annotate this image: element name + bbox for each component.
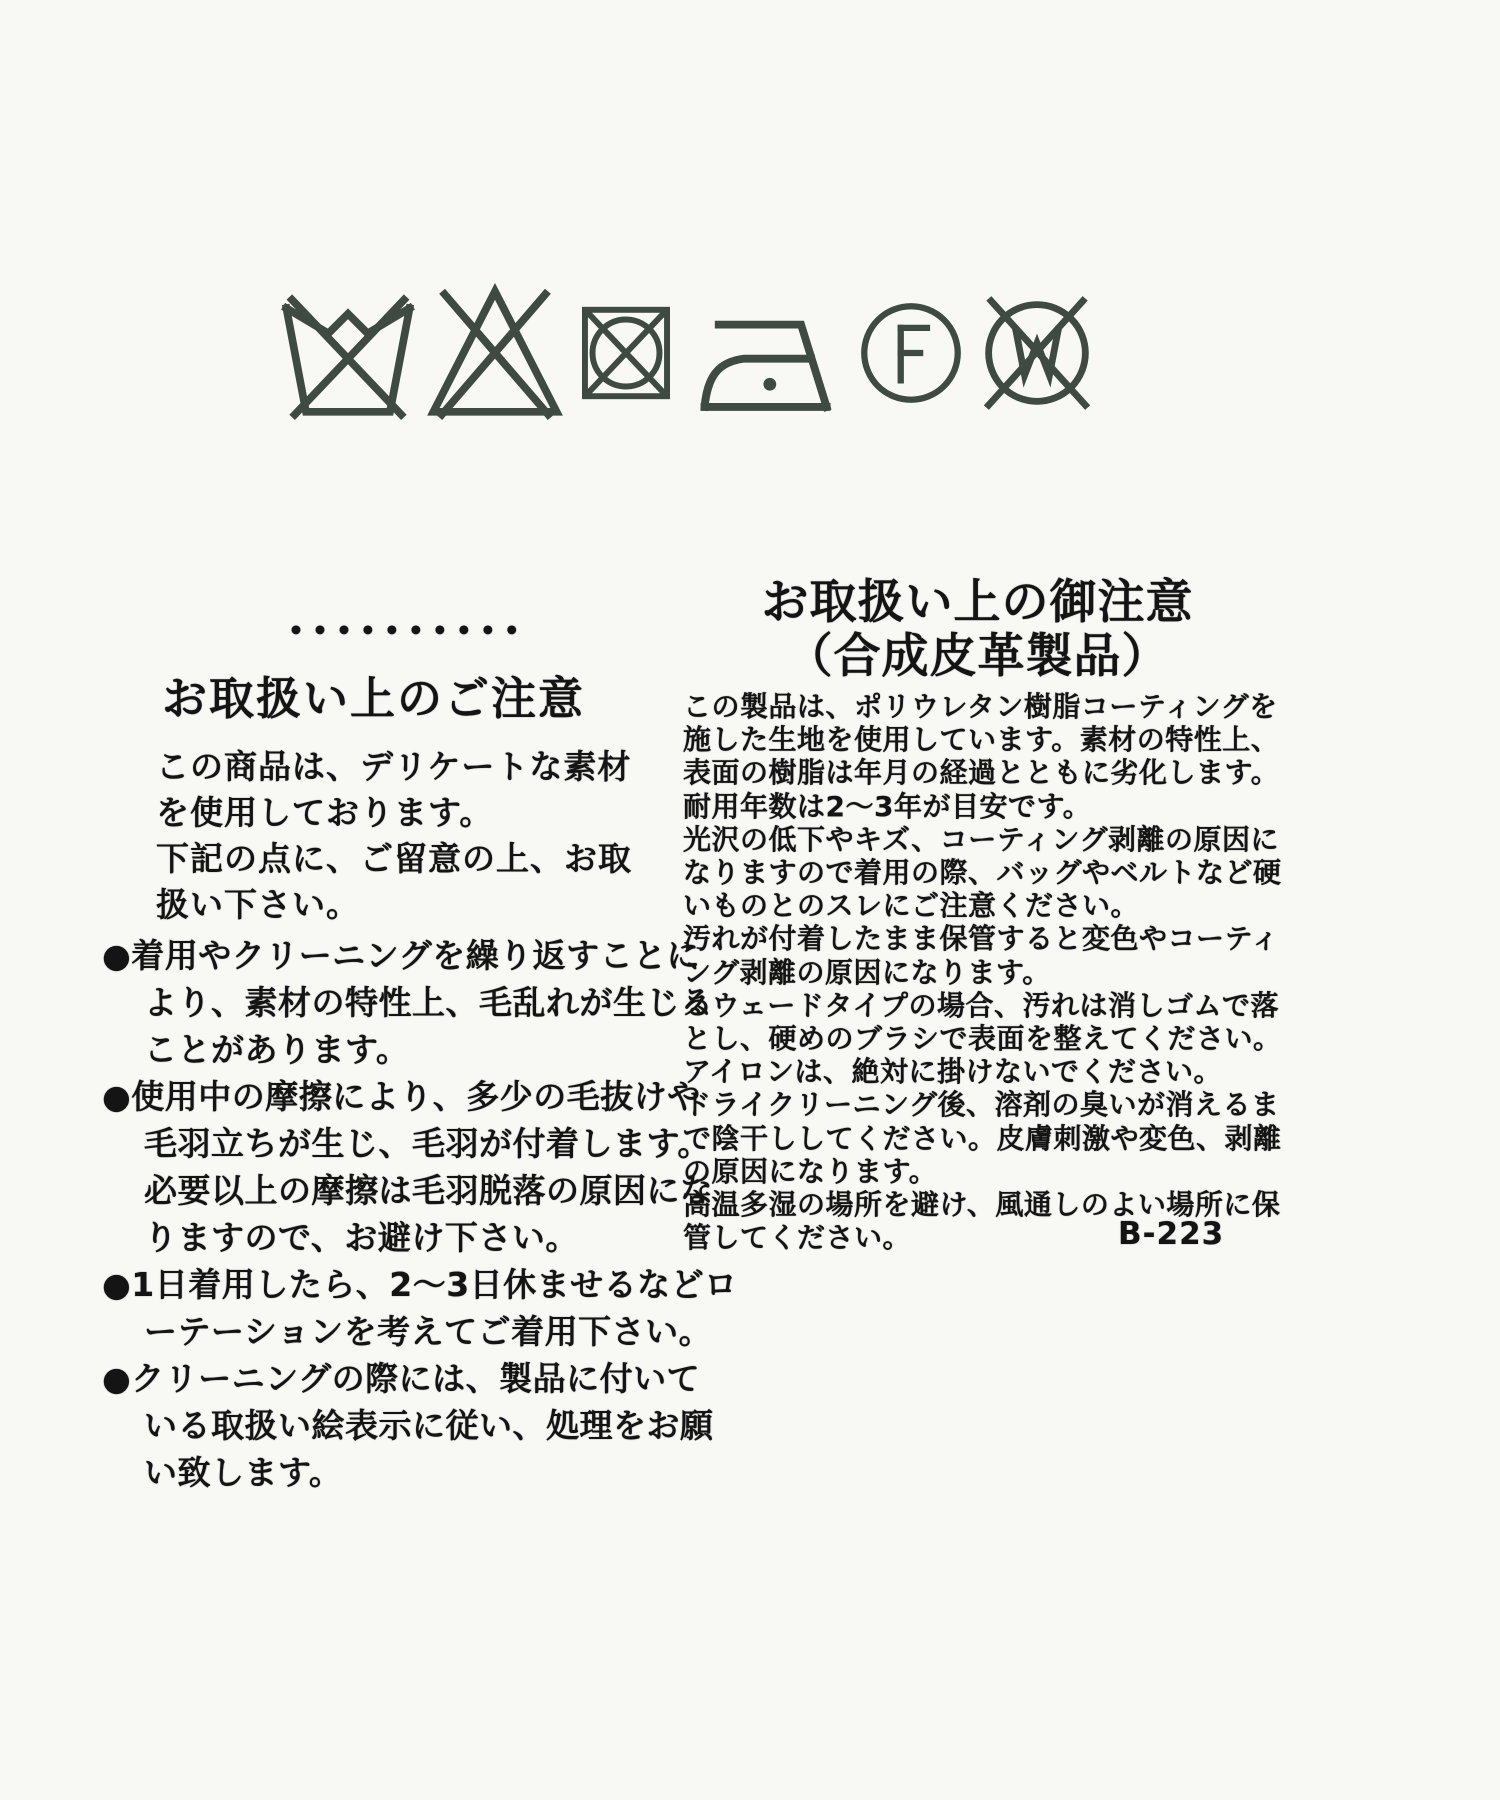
do-not-wash-icon (278, 282, 418, 424)
do-not-bleach-icon (425, 282, 565, 424)
label-code: B-223 (1118, 1216, 1224, 1252)
body-line: この製品は、ポリウレタン樹脂コーティングを (683, 690, 1282, 723)
right-body: この製品は、ポリウレタン樹脂コーティングを 施した生地を使用しています。素材の特… (683, 690, 1282, 1254)
left-bullet-list: ●着用やクリーニングを繰り返すことに より、素材の特性上、毛乱れが生じる ことが… (102, 932, 738, 1496)
body-line: いものとのスレにご注意ください。 (683, 889, 1282, 922)
bullet-line: ●着用やクリーニングを繰り返すことに (102, 932, 738, 979)
dotted-separator: •••••••••• (288, 616, 528, 645)
body-line: スウェードタイプの場合、汚れは消しゴムで落 (683, 989, 1282, 1022)
bullet-line: い致します。 (102, 1449, 738, 1496)
bullet-line: りますので、お避け下さい。 (102, 1214, 738, 1261)
do-not-wet-clean-icon (975, 282, 1099, 424)
body-line: 耐用年数は2〜3年が目安です。 (683, 790, 1282, 823)
body-line: 光沢の低下やキズ、コーティング剥離の原因に (683, 823, 1282, 856)
body-line: アイロンは、絶対に掛けないでください。 (683, 1055, 1282, 1088)
right-heading-line1: お取扱い上の御注意 (680, 576, 1275, 630)
bullet-line: ●使用中の摩擦により、多少の毛抜けや (102, 1073, 738, 1120)
body-line: 表面の樹脂は年月の経過とともに劣化します。 (683, 756, 1282, 789)
body-line: 施した生地を使用しています。素材の特性上、 (683, 723, 1282, 756)
intro-line: を使用しております。 (156, 790, 632, 836)
left-heading: お取扱い上のご注意 (162, 662, 585, 727)
intro-line: 下記の点に、ご留意の上、お取 (156, 836, 632, 882)
bullet-line: 毛羽立ちが生じ、毛羽が付着します。 (102, 1120, 738, 1167)
bullet-line: ーテーションを考えてご着用下さい。 (102, 1308, 738, 1355)
body-line: 汚れが付着したまま保管すると変色やコーティ (683, 922, 1282, 955)
body-line: ング剥離の原因になります。 (683, 956, 1282, 989)
body-line: なりますので着用の際、バッグやベルトなど硬 (683, 856, 1282, 889)
left-intro: この商品は、デリケートな素材 を使用しております。 下記の点に、ご留意の上、お取… (156, 744, 632, 928)
body-line: の原因になります。 (683, 1155, 1282, 1188)
iron-low-icon (687, 282, 847, 424)
do-not-tumble-dry-icon (572, 282, 680, 424)
intro-line: この商品は、デリケートな素材 (156, 744, 632, 790)
bullet-line: いる取扱い絵表示に従い、処理をお願 (102, 1402, 738, 1449)
bullet-line: より、素材の特性上、毛乱れが生じる (102, 979, 738, 1026)
bullet-line: ●クリーニングの際には、製品に付いて (102, 1355, 738, 1402)
bullet-line: ●1日着用したら、2〜3日休ませるなどロ (102, 1261, 738, 1308)
intro-line: 扱い下さい。 (156, 882, 632, 928)
body-line: ドライクリーニング後、溶剤の臭いが消えるま (683, 1088, 1282, 1121)
care-label-scan: •••••••••• お取扱い上のご注意 この商品は、デリケートな素材 を使用し… (0, 0, 1500, 1800)
bullet-line: 必要以上の摩擦は毛羽脱落の原因にな (102, 1167, 738, 1214)
body-line: とし、硬めのブラシで表面を整えてください。 (683, 1022, 1282, 1055)
care-symbols-row (278, 282, 1099, 424)
body-line: で陰干ししてください。皮膚刺激や変色、剥離 (683, 1122, 1282, 1155)
right-heading: お取扱い上の御注意 （合成皮革製品） (680, 576, 1275, 684)
dry-clean-F-icon (854, 282, 968, 424)
right-heading-line2: （合成皮革製品） (680, 630, 1275, 684)
bullet-line: ことがあります。 (102, 1026, 738, 1073)
